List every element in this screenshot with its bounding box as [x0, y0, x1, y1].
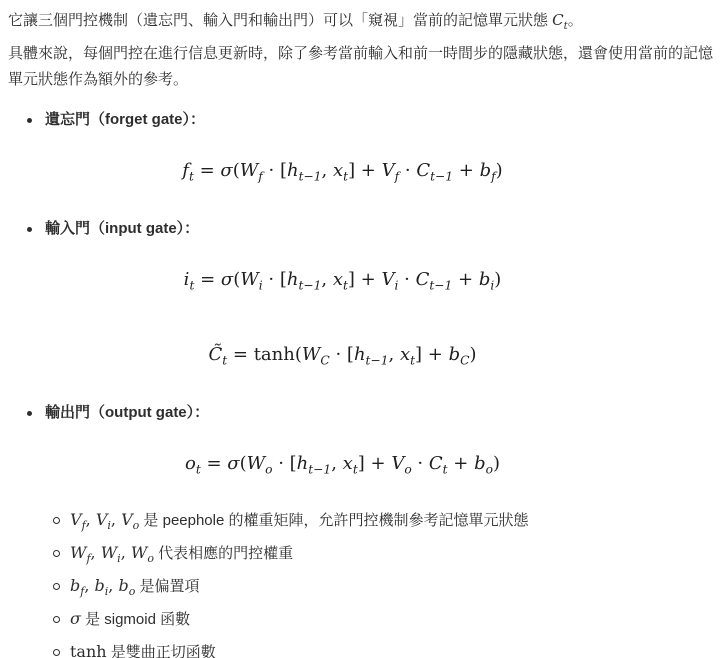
- input-gate-heading: 輸入門（input gate）：: [45, 220, 199, 237]
- note-text: Wf, Wi, Wo 代表相應的門控權重: [70, 545, 293, 562]
- intro-paragraph-1: 它讓三個門控機制（遺忘門、輸入門和輸出門）可以「窺視」當前的記憶單元狀態 Ct。: [8, 7, 715, 34]
- note-text: σ 是 sigmoid 函數: [70, 611, 190, 628]
- note-item-peephole-weights: Vf, Vi, Vo 是 peephole 的權重矩陣，允許門控機制參考記憶單元…: [53, 509, 715, 532]
- intro-paragraph-2: 具體來說，每個門控在進行信息更新時，除了參考當前輸入和前一時間步的隱藏狀態，還會…: [8, 41, 715, 93]
- forget-gate-formula: ft = σ(Wf · [ht−1, xt] + Vf · Ct−1 + bf): [45, 155, 715, 186]
- input-gate-formula: it = σ(Wi · [ht−1, xt] + Vi · Ct−1 + bi): [45, 264, 715, 295]
- note-item-sigmoid: σ 是 sigmoid 函數: [53, 608, 715, 631]
- document-page: 它讓三個門控機制（遺忘門、輸入門和輸出門）可以「窺視」當前的記憶單元狀態 Ct。…: [0, 0, 725, 658]
- note-item-tanh: tanh 是雙曲正切函數: [53, 641, 715, 658]
- disc-bullet-icon: [27, 227, 32, 232]
- circle-bullet-icon: [53, 649, 60, 656]
- disc-bullet-icon: [27, 118, 32, 123]
- list-item-forget-gate: 遺忘門（forget gate）： ft = σ(Wf · [ht−1, xt]…: [8, 107, 715, 186]
- circle-bullet-icon: [53, 517, 60, 524]
- output-gate-formula: ot = σ(Wo · [ht−1, xt] + Vo · Ct + bo): [45, 448, 715, 479]
- forget-gate-heading: 遺忘門（forget gate）：: [45, 111, 205, 128]
- notes-list: Vf, Vi, Vo 是 peephole 的權重矩陣，允許門控機制參考記憶單元…: [45, 509, 715, 658]
- disc-bullet-icon: [27, 411, 32, 416]
- circle-bullet-icon: [53, 583, 60, 590]
- note-text: tanh 是雙曲正切函數: [70, 644, 216, 658]
- list-item-output-gate: 輸出門（output gate）： ot = σ(Wo · [ht−1, xt]…: [8, 400, 715, 658]
- gate-list: 遺忘門（forget gate）： ft = σ(Wf · [ht−1, xt]…: [8, 107, 715, 658]
- note-item-biases: bf, bi, bo 是偏置項: [53, 575, 715, 598]
- circle-bullet-icon: [53, 550, 60, 557]
- list-item-input-gate: 輸入門（input gate）： it = σ(Wi · [ht−1, xt] …: [8, 216, 715, 370]
- candidate-cell-formula: C̃t = tanh(WC · [ht−1, xt] + bC): [45, 339, 715, 370]
- note-text: Vf, Vi, Vo 是 peephole 的權重矩陣，允許門控機制參考記憶單元…: [70, 512, 529, 529]
- note-text: bf, bi, bo 是偏置項: [70, 578, 200, 595]
- circle-bullet-icon: [53, 616, 60, 623]
- note-item-gate-weights: Wf, Wi, Wo 代表相應的門控權重: [53, 542, 715, 565]
- output-gate-heading: 輸出門（output gate）：: [45, 404, 209, 421]
